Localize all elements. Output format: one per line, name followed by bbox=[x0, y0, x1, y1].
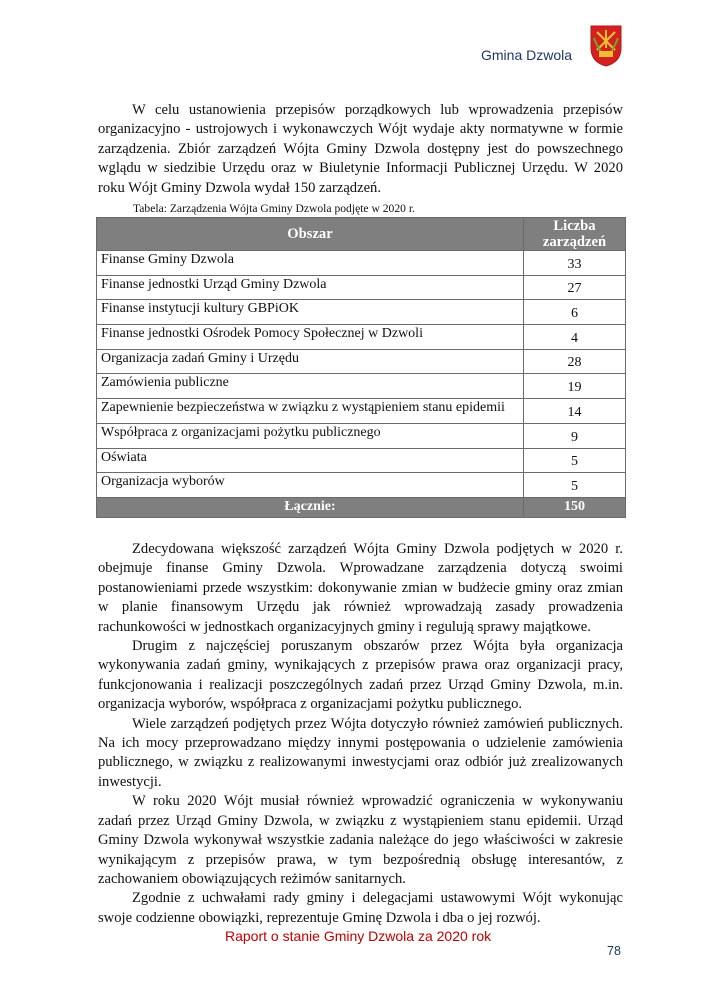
area-cell: Finanse jednostki Urząd Gminy Dzwola bbox=[97, 275, 524, 300]
table-row: Finanse jednostki Ośrodek Pomocy Społecz… bbox=[97, 325, 626, 350]
intro-text: W celu ustanowienia przepisów porządkowy… bbox=[98, 101, 623, 198]
count-cell: 14 bbox=[524, 399, 626, 424]
body-paragraph: W roku 2020 Wójt musiał również wprowadz… bbox=[98, 792, 623, 889]
area-cell: Finanse Gminy Dzwola bbox=[97, 251, 524, 276]
area-cell: Organizacja wyborów bbox=[97, 473, 524, 498]
area-cell: Finanse jednostki Ośrodek Pomocy Społecz… bbox=[97, 325, 524, 350]
table-header-row: Obszar Liczba zarządzeń bbox=[97, 218, 626, 251]
body-paragraphs: Zdecydowana większość zarządzeń Wójta Gm… bbox=[98, 540, 623, 928]
table-row: Zapewnienie bezpieczeństwa w związku z w… bbox=[97, 399, 626, 424]
count-cell: 6 bbox=[524, 300, 626, 325]
count-cell: 27 bbox=[524, 275, 626, 300]
area-cell: Zamówienia publiczne bbox=[97, 374, 524, 399]
table-row: Oświata5 bbox=[97, 448, 626, 473]
table-caption: Tabela: Zarządzenia Wójta Gminy Dzwola p… bbox=[133, 202, 415, 215]
count-cell: 33 bbox=[524, 251, 626, 276]
total-value: 150 bbox=[524, 497, 626, 517]
body-paragraph: Wiele zarządzeń podjętych przez Wójta do… bbox=[98, 715, 623, 793]
total-label: Łącznie: bbox=[97, 497, 524, 517]
area-cell: Zapewnienie bezpieczeństwa w związku z w… bbox=[97, 399, 524, 424]
area-cell: Współpraca z organizacjami pożytku publi… bbox=[97, 423, 524, 448]
header-count: Liczba zarządzeń bbox=[524, 218, 626, 251]
table-total-row: Łącznie:150 bbox=[97, 497, 626, 517]
ordinances-table: Obszar Liczba zarządzeń Finanse Gminy Dz… bbox=[96, 217, 626, 518]
body-paragraph: Drugim z najczęściej poruszanym obszarów… bbox=[98, 637, 623, 715]
header-title: Gmina Dzwola bbox=[481, 47, 572, 63]
count-cell: 5 bbox=[524, 473, 626, 498]
table-row: Współpraca z organizacjami pożytku publi… bbox=[97, 423, 626, 448]
table-row: Finanse Gminy Dzwola33 bbox=[97, 251, 626, 276]
footer-title: Raport o stanie Gminy Dzwola za 2020 rok bbox=[225, 928, 491, 944]
table-row: Organizacja zadań Gminy i Urzędu28 bbox=[97, 349, 626, 374]
table-row: Finanse jednostki Urząd Gminy Dzwola27 bbox=[97, 275, 626, 300]
count-cell: 4 bbox=[524, 325, 626, 350]
coat-of-arms-icon bbox=[589, 24, 623, 68]
area-cell: Finanse instytucji kultury GBPiOK bbox=[97, 300, 524, 325]
table-row: Organizacja wyborów5 bbox=[97, 473, 626, 498]
table-row: Zamówienia publiczne19 bbox=[97, 374, 626, 399]
count-cell: 5 bbox=[524, 448, 626, 473]
table-row: Finanse instytucji kultury GBPiOK6 bbox=[97, 300, 626, 325]
count-cell: 9 bbox=[524, 423, 626, 448]
header-area: Obszar bbox=[97, 218, 524, 251]
page-number: 78 bbox=[607, 944, 621, 958]
area-cell: Organizacja zadań Gminy i Urzędu bbox=[97, 349, 524, 374]
body-paragraph: Zdecydowana większość zarządzeń Wójta Gm… bbox=[98, 540, 623, 637]
body-paragraph: Zgodnie z uchwałami rady gminy i delegac… bbox=[98, 889, 623, 928]
count-cell: 28 bbox=[524, 349, 626, 374]
intro-paragraph: W celu ustanowienia przepisów porządkowy… bbox=[98, 101, 623, 198]
area-cell: Oświata bbox=[97, 448, 524, 473]
count-cell: 19 bbox=[524, 374, 626, 399]
